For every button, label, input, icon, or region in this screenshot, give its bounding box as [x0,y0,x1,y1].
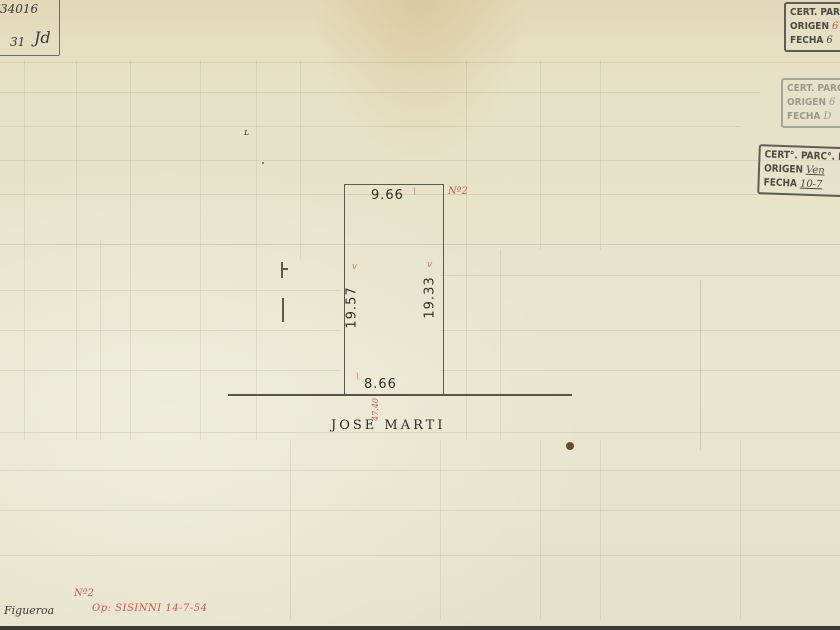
stamp-date-label: FECHA [763,177,797,189]
street-frontage-line [228,394,572,396]
lot-right-dimension: 19.33 [423,276,438,318]
stamp-date-value: D [823,111,831,122]
t-mark-lower [282,298,284,322]
corner-note-signature: Jd [34,28,51,47]
stamp-origin-value: Ven [806,165,825,177]
parcel-certificate-stamp-1: CERT. PARC. ORIGEN6 FECHA6 [784,2,840,52]
stamp-date-label: FECHA [790,35,823,46]
corner-note-file-number: 34016 [0,2,38,16]
stamp-cert-label: CERT. PARC. [790,7,840,18]
stamp-cert-label: CERT°. PARC°. N° [764,149,840,163]
left-check-mark: v [352,262,357,272]
stamp-origin-value: 6 [832,21,838,32]
t-mark-stem [281,262,283,278]
ink-dot [566,442,574,450]
right-check-mark: v [427,260,432,270]
parcel-certificate-stamp-3: CERT°. PARC°. N° ORIGENVen FECHA10-7 [757,144,840,198]
corner-note-number: 31 [10,35,25,49]
stamp-date-label: FECHA [787,111,820,122]
footer-operation-note: Op: SISINNI 14-7-54 [92,603,207,614]
cadastral-plan-sheet: 34016 31 Jd CERT. PARC. ORIGEN6 FECHA6 C… [0,0,840,630]
stamp-origin-label: ORIGEN [764,163,803,175]
sheet-bottom-edge [0,626,840,630]
lot-top-dimension: 9.66 [371,188,404,203]
stamp-cert-label: CERT. PARC. [787,83,840,94]
parcel-certificate-stamp-2: CERT. PARC. ORIGEN6 FECHAD [781,78,840,128]
stray-dot [262,162,264,164]
footer-lot-number: Nº2 [74,588,94,599]
stamp-origin-label: ORIGEN [790,21,829,32]
street-name: JOSE MARTI [331,418,445,433]
stray-mark: ʟ [244,128,249,138]
lot-bottom-dimension: 8.66 [364,377,397,392]
surveyor-signature: Figueroa [4,604,54,617]
stamp-date-value: 10-7 [800,179,823,191]
stamp-date-value: 6 [826,35,832,46]
stamp-origin-value: 6 [829,97,835,108]
corner-note: 34016 31 Jd [0,0,60,56]
lot-number-label: Nº2 [448,186,468,197]
t-mark-bar [281,268,288,270]
lot-left-dimension: 19.57 [345,286,360,328]
bottom-check-mark: \ [356,372,359,382]
stamp-origin-label: ORIGEN [787,97,826,108]
top-check-mark: \ [413,187,416,197]
street-name-text: JOSE MARTI [331,418,445,433]
